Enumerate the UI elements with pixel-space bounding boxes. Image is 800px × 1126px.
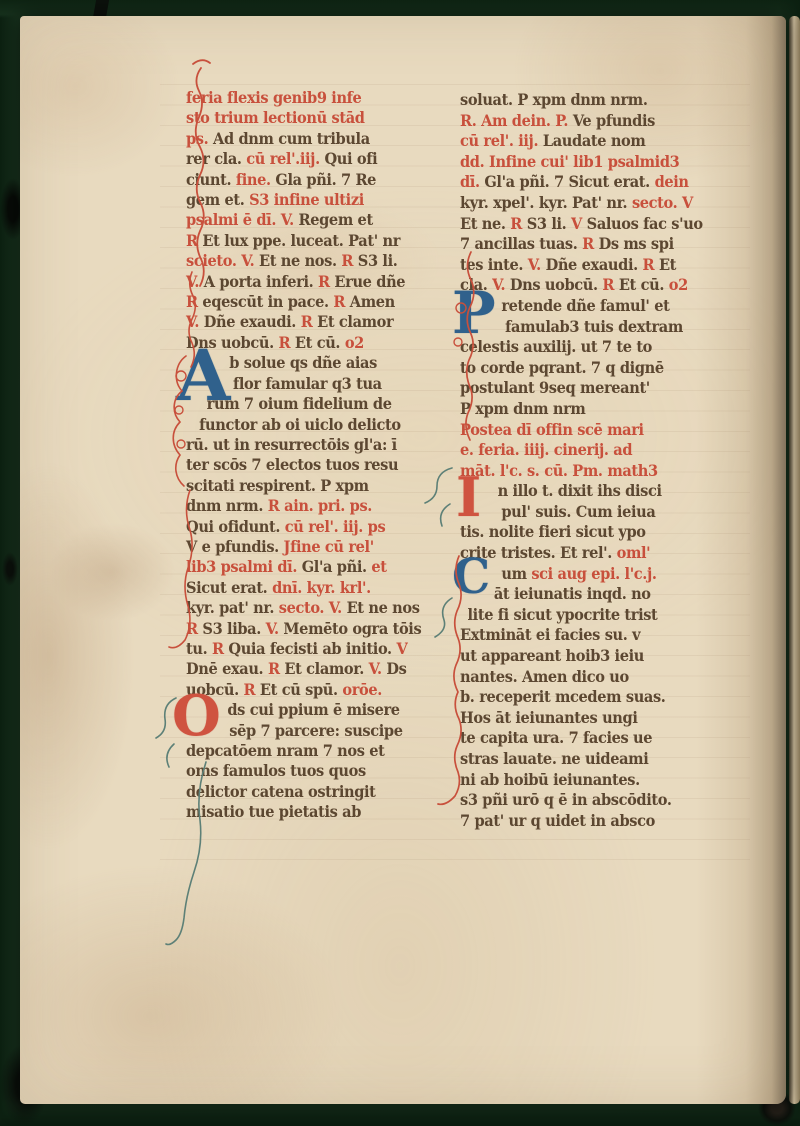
body-text: Et xyxy=(659,255,676,274)
rubric-text: R xyxy=(341,251,357,270)
body-text: um xyxy=(501,564,531,583)
rubric-text: R xyxy=(212,639,228,658)
manuscript-text-line: Sicut erat. dnī. kyr. krl'. xyxy=(186,578,440,598)
rubric-text: R xyxy=(602,275,618,294)
body-text: Ad dnm cum tribula xyxy=(213,129,370,148)
manuscript-text-line: ps. Ad dnm cum tribula xyxy=(186,129,440,149)
manuscript-text-line: feria flexis genib9 infe xyxy=(186,88,440,108)
body-text: functor ab oi uiclo delicto xyxy=(199,415,401,434)
body-text: Amen xyxy=(350,292,395,311)
rubric-text: S3 infine ultizi xyxy=(249,190,364,209)
rubric-text: oml' xyxy=(617,543,651,562)
manuscript-text-line: ut appareant hoib3 ieiu xyxy=(460,646,712,667)
rubric-text: psalmi ē dī. V. xyxy=(186,210,298,229)
body-text: Hos āt ieiunantes ungi xyxy=(460,708,637,727)
body-text: Saluos fac s'uo xyxy=(587,214,703,233)
body-text: Dns uobcū. xyxy=(510,275,602,294)
body-text: Et ne nos. xyxy=(259,251,341,270)
body-text: gem et. xyxy=(186,190,249,209)
body-text: kyr. pat' nr. xyxy=(186,598,279,617)
manuscript-text-line: kyr. xpel'. kyr. Pat' nr. secto. V xyxy=(460,193,712,214)
rubric-text: R xyxy=(186,292,202,311)
body-text: P xpm dnm nrm xyxy=(460,399,585,418)
edge-stain xyxy=(2,552,18,586)
rubric-text: R xyxy=(301,312,317,331)
body-text: Regem et xyxy=(298,210,372,229)
rubric-text: R. Am dein. P. xyxy=(460,111,573,130)
rubric-text: R xyxy=(243,680,259,699)
body-text: kyr. xpel'. kyr. Pat' nr. xyxy=(460,193,632,212)
body-text: oms famulos tuos quos xyxy=(186,761,366,780)
body-text: ut appareant hoib3 ieiu xyxy=(460,646,644,665)
body-text: pul' suis. Cum ieiua xyxy=(501,502,655,521)
manuscript-text-line: e. feria. iiij. cinerij. ad xyxy=(460,440,712,461)
manuscript-text-line: psalmi ē dī. V. Regem et xyxy=(186,210,440,230)
body-text: S3 li. xyxy=(527,214,571,233)
manuscript-text-line: R S3 liba. V. Memēto ogra tōis xyxy=(186,619,440,639)
manuscript-text-line: ni ab hoibū ieiunantes. xyxy=(460,770,712,791)
rubric-text: scieto. V. xyxy=(186,251,259,270)
body-text: n illo t. dixit ihs disci xyxy=(498,481,662,500)
body-text: Laudate nom xyxy=(543,131,646,150)
body-text: ter scōs 7 electos tuos resu xyxy=(186,455,398,474)
rubric-text: V. xyxy=(186,272,204,291)
body-text: nantes. Amen dico uo xyxy=(460,667,629,686)
manuscript-text-line: lib3 psalmi dī. Gl'a pñi. et xyxy=(186,557,440,577)
rubric-text: R xyxy=(268,659,284,678)
manuscript-text-line: uobcū. R Et cū spū. orōe. xyxy=(186,680,440,700)
manuscript-text-line: Dnē exau. R Et clamor. V. Ds xyxy=(186,659,440,679)
body-text: 7 ancillas tuas. xyxy=(460,234,582,253)
body-text: famulab3 tuis dextram xyxy=(505,317,683,336)
manuscript-photo: { "meta": { "description": "Photograph o… xyxy=(0,0,800,1126)
manuscript-text-line: lite fi sicut ypocrite trist xyxy=(460,605,712,626)
body-text: Qui ofidunt. xyxy=(186,517,285,536)
body-text: ds cui ppium ē misere xyxy=(227,700,399,719)
body-text: Memēto ogra tōis xyxy=(283,619,421,638)
manuscript-text-line: sēp 7 parcere: suscipe xyxy=(186,721,440,741)
body-text: tes inte. xyxy=(460,255,528,274)
body-text: Ds ms spi xyxy=(599,234,674,253)
manuscript-text-line: Qui ofidunt. cū rel'. iij. ps xyxy=(186,517,440,537)
body-text: ni ab hoibū ieiunantes. xyxy=(460,770,640,789)
rubric-text: sci aug epi. l'c.j. xyxy=(531,564,656,583)
rubric-text: Postea dī offin scē mari xyxy=(460,420,644,439)
body-text: sēp 7 parcere: suscipe xyxy=(229,721,402,740)
body-text: ciunt. xyxy=(186,170,236,189)
body-text: Qui ofi xyxy=(324,149,377,168)
manuscript-text-line: s3 pñi urō q ē in abscōdito. xyxy=(460,790,712,811)
rubric-text: māt. l'c. s. cū. Pm. math3 xyxy=(460,461,658,480)
body-text: b solue qs dñe aias xyxy=(229,353,377,372)
body-text: Quia fecisti ab initio. xyxy=(228,639,396,658)
rubric-text: cū rel'. iij. xyxy=(460,131,543,150)
manuscript-text-line: ciunt. fine. Gla pñi. 7 Re xyxy=(186,170,440,190)
body-text: scitati respirent. P xpm xyxy=(186,476,369,495)
body-text: S3 liba. xyxy=(202,619,265,638)
body-text: Et lux ppe. luceat. Pat' nr xyxy=(202,231,400,250)
decorated-initial-O: O xyxy=(172,694,221,740)
manuscript-text-line: Hos āt ieiunantes ungi xyxy=(460,708,712,729)
rubric-text: ps. xyxy=(186,129,213,148)
rubric-text: secto. V xyxy=(632,193,693,212)
rubric-text: o2 xyxy=(345,333,364,352)
body-text: Dñe exaudi. xyxy=(204,312,301,331)
decorated-initial-I: I xyxy=(456,475,481,519)
background-edge-bottom xyxy=(0,1104,800,1126)
rubric-text: V. xyxy=(369,659,387,678)
manuscript-text-line: celestis auxilij. ut 7 te to xyxy=(460,337,712,358)
body-text: to corde pqrant. 7 q dignē xyxy=(460,358,664,377)
manuscript-text-line: 7 ancillas tuas. R Ds ms spi xyxy=(460,234,712,255)
body-text: Dnē exau. xyxy=(186,659,268,678)
body-text: Ds xyxy=(386,659,406,678)
body-text: Sicut erat. xyxy=(186,578,272,597)
manuscript-text-line: Postea dī offin scē mari xyxy=(460,420,712,441)
manuscript-text-line: R. Am dein. P. Ve pfundis xyxy=(460,111,712,132)
text-column-right: soluat. P xpm dnm nrm.R. Am dein. P. Ve … xyxy=(460,90,728,831)
rubric-text: R xyxy=(582,234,598,253)
body-text: postulant 9seq mereant' xyxy=(460,378,650,397)
body-text: Et ne. xyxy=(460,214,510,233)
body-text: Gl'a pñi. xyxy=(302,557,372,576)
rubric-text: R xyxy=(278,333,294,352)
manuscript-text-line: dī. Gl'a pñi. 7 Sicut erat. dein xyxy=(460,172,712,193)
manuscript-text-line: depcatōem nram 7 nos et xyxy=(186,741,440,761)
manuscript-text-line: V. A porta inferi. R Erue dñe xyxy=(186,272,440,292)
body-text: Gla pñi. 7 Re xyxy=(275,170,376,189)
manuscript-page: feria flexis genib9 infesto trium lectio… xyxy=(20,16,786,1104)
rubric-text: V. xyxy=(266,619,284,638)
manuscript-text-line: ds cui ppium ē misere xyxy=(186,700,440,720)
manuscript-text-line: Et ne. R S3 li. V Saluos fac s'uo xyxy=(460,214,712,235)
body-text: A porta inferi. xyxy=(204,272,318,291)
rubric-text: Jfine cū rel' xyxy=(284,537,374,556)
rubric-text: V. xyxy=(528,255,546,274)
rubric-text: sto trium lectionū stād xyxy=(186,108,365,127)
manuscript-text-line: V e pfundis. Jfine cū rel' xyxy=(186,537,440,557)
body-text: V e pfundis. xyxy=(186,537,284,556)
manuscript-text-line: tes inte. V. Dñe exaudi. R Et xyxy=(460,255,712,276)
decorated-initial-A: A xyxy=(176,347,230,404)
manuscript-text-line: V. Dñe exaudi. R Et clamor xyxy=(186,312,440,332)
body-text: Dñe exaudi. xyxy=(546,255,643,274)
manuscript-text-line: functor ab oi uiclo delicto xyxy=(186,415,440,435)
body-text: Et cū. xyxy=(619,275,669,294)
body-text: Gl'a pñi. 7 Sicut erat. xyxy=(484,172,654,191)
manuscript-text-line: crite tristes. Et rel'. oml' xyxy=(460,543,712,564)
manuscript-text-line: famulab3 tuis dextram xyxy=(460,317,712,338)
manuscript-text-line: scieto. V. Et ne nos. R S3 li. xyxy=(186,251,440,271)
body-text: Ve pfundis xyxy=(573,111,655,130)
manuscript-text-line: postulant 9seq mereant' xyxy=(460,378,712,399)
manuscript-text-line: gem et. S3 infine ultizi xyxy=(186,190,440,210)
manuscript-text-line: stras lauate. ne uideami xyxy=(460,749,712,770)
manuscript-text-line: um sci aug epi. l'c.j. xyxy=(460,564,712,585)
text-column-left: feria flexis genib9 infesto trium lectio… xyxy=(186,88,456,823)
rubric-text: cū rel'. iij. ps xyxy=(285,517,385,536)
body-text: misatio tue pietatis ab xyxy=(186,802,361,821)
manuscript-text-line: delictor catena ostringit xyxy=(186,782,440,802)
rubric-text: R xyxy=(186,619,202,638)
rubric-text: dī. xyxy=(460,172,484,191)
body-text: Et ne nos xyxy=(347,598,420,617)
manuscript-text-line: rū. ut in resurrectōis gl'a: ī xyxy=(186,435,440,455)
rubric-text: orōe. xyxy=(342,680,382,699)
body-text: Et cū. xyxy=(295,333,345,352)
body-text: rer cla. xyxy=(186,149,246,168)
body-text: 7 pat' ur q uidet in absco xyxy=(460,811,655,830)
rubric-text: o2 xyxy=(669,275,688,294)
decorated-initial-P: P xyxy=(452,290,496,338)
manuscript-text-line: misatio tue pietatis ab xyxy=(186,802,440,822)
body-text: flor famular q3 tua xyxy=(233,374,382,393)
manuscript-text-line: Extmināt ei facies su. v xyxy=(460,625,712,646)
rubric-text: feria flexis genib9 infe xyxy=(186,88,361,107)
body-text: Extmināt ei facies su. v xyxy=(460,625,640,644)
rubric-text: e. feria. iiij. cinerij. ad xyxy=(460,440,632,459)
rubric-text: R ain. pri. ps. xyxy=(268,496,372,515)
body-text: s3 pñi urō q ē in abscōdito. xyxy=(460,790,672,809)
rubric-text: R xyxy=(333,292,349,311)
body-text: soluat. P xpm dnm nrm. xyxy=(460,90,648,109)
manuscript-text-line: tis. nolite fieri sicut ypo xyxy=(460,522,712,543)
body-text: Et clamor. xyxy=(284,659,368,678)
body-text: Et clamor xyxy=(317,312,393,331)
body-text: rum 7 oium fidelium de xyxy=(207,394,392,413)
body-text: Et cū spū. xyxy=(260,680,342,699)
manuscript-text-line: oms famulos tuos quos xyxy=(186,761,440,781)
manuscript-text-line: soluat. P xpm dnm nrm. xyxy=(460,90,712,111)
manuscript-text-line: R Et lux ppe. luceat. Pat' nr xyxy=(186,231,440,251)
manuscript-text-line: b. receperit mcedem suas. xyxy=(460,687,712,708)
manuscript-text-line: āt ieiunatis inqd. no xyxy=(460,584,712,605)
manuscript-text-line: te capita ura. 7 facies ue xyxy=(460,728,712,749)
manuscript-text-line: 7 pat' ur q uidet in absco xyxy=(460,811,712,832)
body-text: āt ieiunatis inqd. no xyxy=(494,584,651,603)
rubric-text: dd. Infine cui' lib1 psalmid3 xyxy=(460,152,679,171)
manuscript-text-line: retende dñe famul' et xyxy=(460,296,712,317)
rubric-text: R xyxy=(643,255,659,274)
manuscript-text-line: ter scōs 7 electos tuos resu xyxy=(186,455,440,475)
rubric-text: R xyxy=(186,231,202,250)
body-text: stras lauate. ne uideami xyxy=(460,749,648,768)
rubric-text: V. xyxy=(186,312,204,331)
rubric-text: lib3 psalmi dī. xyxy=(186,557,302,576)
rubric-text: dein xyxy=(655,172,689,191)
manuscript-text-line: nantes. Amen dico uo xyxy=(460,667,712,688)
rubric-text: secto. V. xyxy=(279,598,347,617)
body-text: te capita ura. 7 facies ue xyxy=(460,728,652,747)
next-page-edge xyxy=(789,16,800,1104)
body-text: eqescūt in pace. xyxy=(202,292,333,311)
body-text: tu. xyxy=(186,639,212,658)
manuscript-text-line: dd. Infine cui' lib1 psalmid3 xyxy=(460,152,712,173)
rubric-text: et xyxy=(371,557,386,576)
manuscript-text-line: n illo t. dixit ihs disci xyxy=(460,481,712,502)
manuscript-text-line: R eqescūt in pace. R Amen xyxy=(186,292,440,312)
decorated-initial-C: C xyxy=(452,558,490,597)
rubric-text: V xyxy=(571,214,587,233)
manuscript-text-line: scitati respirent. P xpm xyxy=(186,476,440,496)
rubric-text: dnī. kyr. krl'. xyxy=(272,578,371,597)
rubric-text: R xyxy=(318,272,334,291)
rubric-text: fine. xyxy=(236,170,276,189)
rubric-text: cū rel'.iij. xyxy=(246,149,324,168)
body-text: tis. nolite fieri sicut ypo xyxy=(460,522,646,541)
manuscript-text-line: P xpm dnm nrm xyxy=(460,399,712,420)
manuscript-text-line: sto trium lectionū stād xyxy=(186,108,440,128)
manuscript-text-line: cū rel'. iij. Laudate nom xyxy=(460,131,712,152)
body-text: b. receperit mcedem suas. xyxy=(460,687,666,706)
manuscript-text-line: pul' suis. Cum ieiua xyxy=(460,502,712,523)
body-text: dnm nrm. xyxy=(186,496,268,515)
rubric-text: V xyxy=(396,639,407,658)
body-text: rū. ut in resurrectōis gl'a: ī xyxy=(186,435,397,454)
manuscript-text-line: māt. l'c. s. cū. Pm. math3 xyxy=(460,461,712,482)
manuscript-text-line: dnm nrm. R ain. pri. ps. xyxy=(186,496,440,516)
manuscript-text-line: kyr. pat' nr. secto. V. Et ne nos xyxy=(186,598,440,618)
rubric-text: R xyxy=(510,214,526,233)
body-text: Erue dñe xyxy=(334,272,405,291)
manuscript-text-line: to corde pqrant. 7 q dignē xyxy=(460,358,712,379)
body-text: S3 li. xyxy=(358,251,398,270)
body-text: delictor catena ostringit xyxy=(186,782,376,801)
manuscript-text-line: cla. V. Dns uobcū. R Et cū. o2 xyxy=(460,275,712,296)
manuscript-text-line: rer cla. cū rel'.iij. Qui ofi xyxy=(186,149,440,169)
body-text: retende dñe famul' et xyxy=(501,296,669,315)
body-text: lite fi sicut ypocrite trist xyxy=(468,605,658,624)
manuscript-text-line: tu. R Quia fecisti ab initio. V xyxy=(186,639,440,659)
